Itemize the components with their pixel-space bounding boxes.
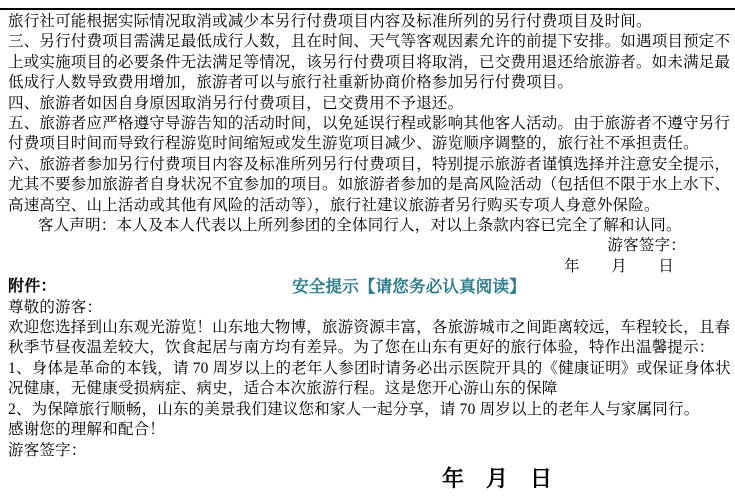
tip-1-line-2: 况健康，无健康受损病症、病史，适合本次旅游行程。这是您开心游山东的保障	[8, 379, 730, 399]
clause-6-line-2: 尤其不要参加旅游者自身状况不宜参加的项目。如旅游者参加的是高风险活动（包括但不限…	[8, 175, 730, 195]
attachment-label: 附件：	[8, 277, 57, 297]
safety-notice-title: 安全提示【请您务必认真阅读】	[8, 277, 730, 297]
tip-2-line: 2、为保障旅行顺畅，山东的美景我们建议您和家人一起分享，请 70 周岁以上的老年…	[8, 400, 730, 420]
terms-continuation-line: 旅行社可能根据实际情况取消或减少本另行付费项目内容及标准所列的另行付费项目及时间…	[8, 12, 730, 32]
guest-declaration: 客人声明：本人及本人代表以上所列参团的全体同行人，对以上条款内容已完全了解和认同…	[8, 216, 730, 236]
document-content: 旅行社可能根据实际情况取消或减少本另行付费项目内容及标准所列的另行付费项目及时间…	[0, 10, 735, 492]
clause-5-line-1: 五、旅游者应严格遵守导游告知的活动时间，以免延误行程或影响其他客人活动。由于旅游…	[8, 114, 730, 134]
clause-6-line-1: 六、旅游者参加另行付费项目内容及标准所列另行付费项目，特别提示旅游者谨慎选择并注…	[8, 155, 730, 175]
attachment-greeting: 尊敬的游客：	[8, 298, 730, 318]
welcome-line-1: 欢迎您选择到山东观光游览！山东地大物博，旅游资源丰富，各旅游城市之间距离较远，车…	[8, 318, 730, 338]
terms-signature-label: 游客签字：	[8, 236, 730, 256]
tip-1-line-1: 1、身体是革命的本钱，请 70 周岁以上的老年人参团时请务必出示医院开具的《健康…	[8, 359, 730, 379]
clause-6-line-3: 高速高空、山上活动或其他有风险的活动等），旅行社建议旅游者另行购买专项人身意外保…	[8, 196, 730, 216]
clause-3-line-2: 上或实施项目的必要条件无法满足等情况，该另行付费项目将取消，已交费用退还给旅游者…	[8, 53, 730, 73]
thanks-line: 感谢您的理解和配合！	[8, 420, 730, 440]
attachment-date-line: 年 月 日	[8, 466, 730, 492]
welcome-line-2: 秋季节昼夜温差较大，饮食起居与南方均有差异。为了您在山东有更好的旅行体验，特作出…	[8, 338, 730, 358]
document-page: 旅行社可能根据实际情况取消或减少本另行付费项目内容及标准所列的另行付费项目及时间…	[0, 0, 735, 502]
attachment-signature-label: 游客签字：	[8, 441, 730, 461]
clause-4-line: 四、旅游者如因自身原因取消另行付费项目，已交费用不予退还。	[8, 94, 730, 114]
clause-3-line-1: 三、另行付费项目需满足最低成行人数，且在时间、天气等客观因素允许的前提下安排。如…	[8, 32, 730, 52]
clause-5-line-2: 付费项目时间而导致行程游览时间缩短或发生游览项目减少、游览顺序调整的，旅行社不承…	[8, 134, 730, 154]
terms-date-line: 年 月 日	[8, 257, 730, 277]
clause-3-line-3: 低成行人数导致费用增加，旅游者可以与旅行社重新协商价格参加另行付费项目。	[8, 73, 730, 93]
attachment-heading-row: 附件： 安全提示【请您务必认真阅读】	[8, 277, 730, 297]
